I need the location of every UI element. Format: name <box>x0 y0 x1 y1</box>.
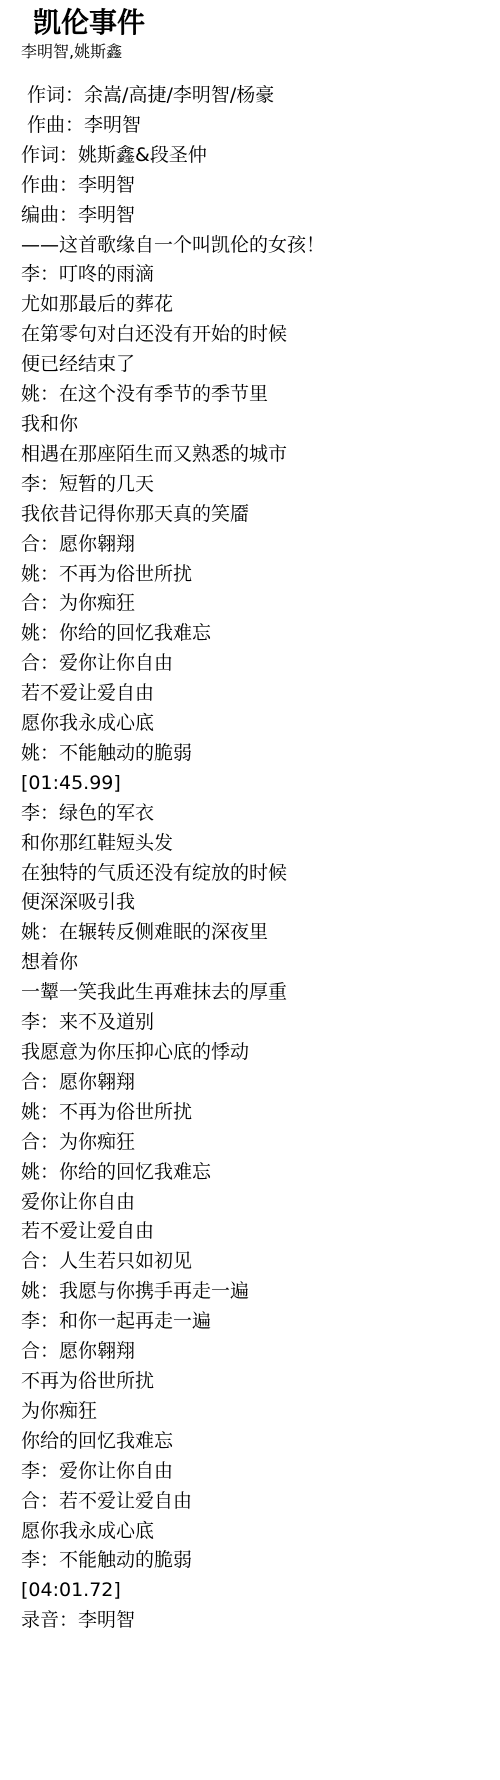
lyric-line: 录音：李明智 <box>21 1606 482 1636</box>
lyric-line: 和你那红鞋短头发 <box>21 829 482 859</box>
lyric-line: 在独特的气质还没有绽放的时候 <box>21 859 482 889</box>
lyric-line: 李：绿色的军衣 <box>21 799 482 829</box>
lyric-line: 为你痴狂 <box>21 1397 482 1427</box>
timestamp-line: [04:01.72] <box>21 1576 482 1606</box>
lyric-line: 姚：你给的回忆我难忘 <box>21 1158 482 1188</box>
lyric-line: 我依昔记得你那天真的笑靥 <box>21 500 482 530</box>
lyric-line: 一颦一笑我此生再难抹去的厚重 <box>21 978 482 1008</box>
timestamp-line: [01:45.99] <box>21 769 482 799</box>
lyric-line: 姚：我愿与你携手再走一遍 <box>21 1277 482 1307</box>
lyric-line: 想着你 <box>21 948 482 978</box>
lyric-line: 作曲：李明智 <box>21 111 482 141</box>
lyric-line: 李：和你一起再走一遍 <box>21 1307 482 1337</box>
song-artists: 李明智,姚斯鑫 <box>21 42 482 62</box>
lyric-line: 李：爱你让你自由 <box>21 1457 482 1487</box>
lyric-line: 合：愿你翱翔 <box>21 1068 482 1098</box>
lyric-line: 你给的回忆我难忘 <box>21 1427 482 1457</box>
lyric-line: 姚：不再为俗世所扰 <box>21 1098 482 1128</box>
lyric-line: 作词：姚斯鑫&段圣仲 <box>21 141 482 171</box>
lyric-line: 便已经结束了 <box>21 350 482 380</box>
lyric-line: 合：为你痴狂 <box>21 589 482 619</box>
lyric-line: 李：不能触动的脆弱 <box>21 1546 482 1576</box>
lyric-line: 姚：不再为俗世所扰 <box>21 560 482 590</box>
lyric-line: 若不爱让爱自由 <box>21 679 482 709</box>
lyric-line: 合：若不爱让爱自由 <box>21 1487 482 1517</box>
lyric-line: 作词：余嵩/高捷/李明智/杨豪 <box>21 81 482 111</box>
lyric-line: 姚：在辗转反侧难眠的深夜里 <box>21 918 482 948</box>
lyric-line: 我愿意为你压抑心底的悸动 <box>21 1038 482 1068</box>
lyric-line: 姚：你给的回忆我难忘 <box>21 619 482 649</box>
lyric-line: 合：爱你让你自由 <box>21 649 482 679</box>
lyric-line: 姚：在这个没有季节的季节里 <box>21 380 482 410</box>
lyric-line: 我和你 <box>21 410 482 440</box>
lyric-line: 在第零句对白还没有开始的时候 <box>21 320 482 350</box>
lyric-line: 不再为俗世所扰 <box>21 1367 482 1397</box>
lyric-line: 编曲：李明智 <box>21 201 482 231</box>
lyric-line: 愿你我永成心底 <box>21 1517 482 1547</box>
lyric-line: 李：短暂的几天 <box>21 470 482 500</box>
lyric-line: 若不爱让爱自由 <box>21 1217 482 1247</box>
lyric-line: 李：叮咚的雨滴 <box>21 260 482 290</box>
lyric-line: 姚：不能触动的脆弱 <box>21 739 482 769</box>
lyric-line: 合：愿你翱翔 <box>21 530 482 560</box>
lyrics-page: 凯伦事件 李明智,姚斯鑫 作词：余嵩/高捷/李明智/杨豪 作曲：李明智作词：姚斯… <box>0 0 500 1636</box>
lyric-line: 合：人生若只如初见 <box>21 1247 482 1277</box>
lyric-line: 愿你我永成心底 <box>21 709 482 739</box>
lyric-line: 合：为你痴狂 <box>21 1128 482 1158</box>
lyric-line: 作曲：李明智 <box>21 171 482 201</box>
song-title: 凯伦事件 <box>33 6 482 39</box>
lyrics-container: 作词：余嵩/高捷/李明智/杨豪 作曲：李明智作词：姚斯鑫&段圣仲作曲：李明智编曲… <box>21 81 482 1636</box>
lyric-line: 尤如那最后的葬花 <box>21 290 482 320</box>
lyric-line: ——这首歌缘自一个叫凯伦的女孩！ <box>21 231 482 261</box>
lyric-line: 便深深吸引我 <box>21 888 482 918</box>
lyric-line: 相遇在那座陌生而又熟悉的城市 <box>21 440 482 470</box>
lyric-line: 李：来不及道别 <box>21 1008 482 1038</box>
lyric-line: 爱你让你自由 <box>21 1188 482 1218</box>
lyric-line: 合：愿你翱翔 <box>21 1337 482 1367</box>
